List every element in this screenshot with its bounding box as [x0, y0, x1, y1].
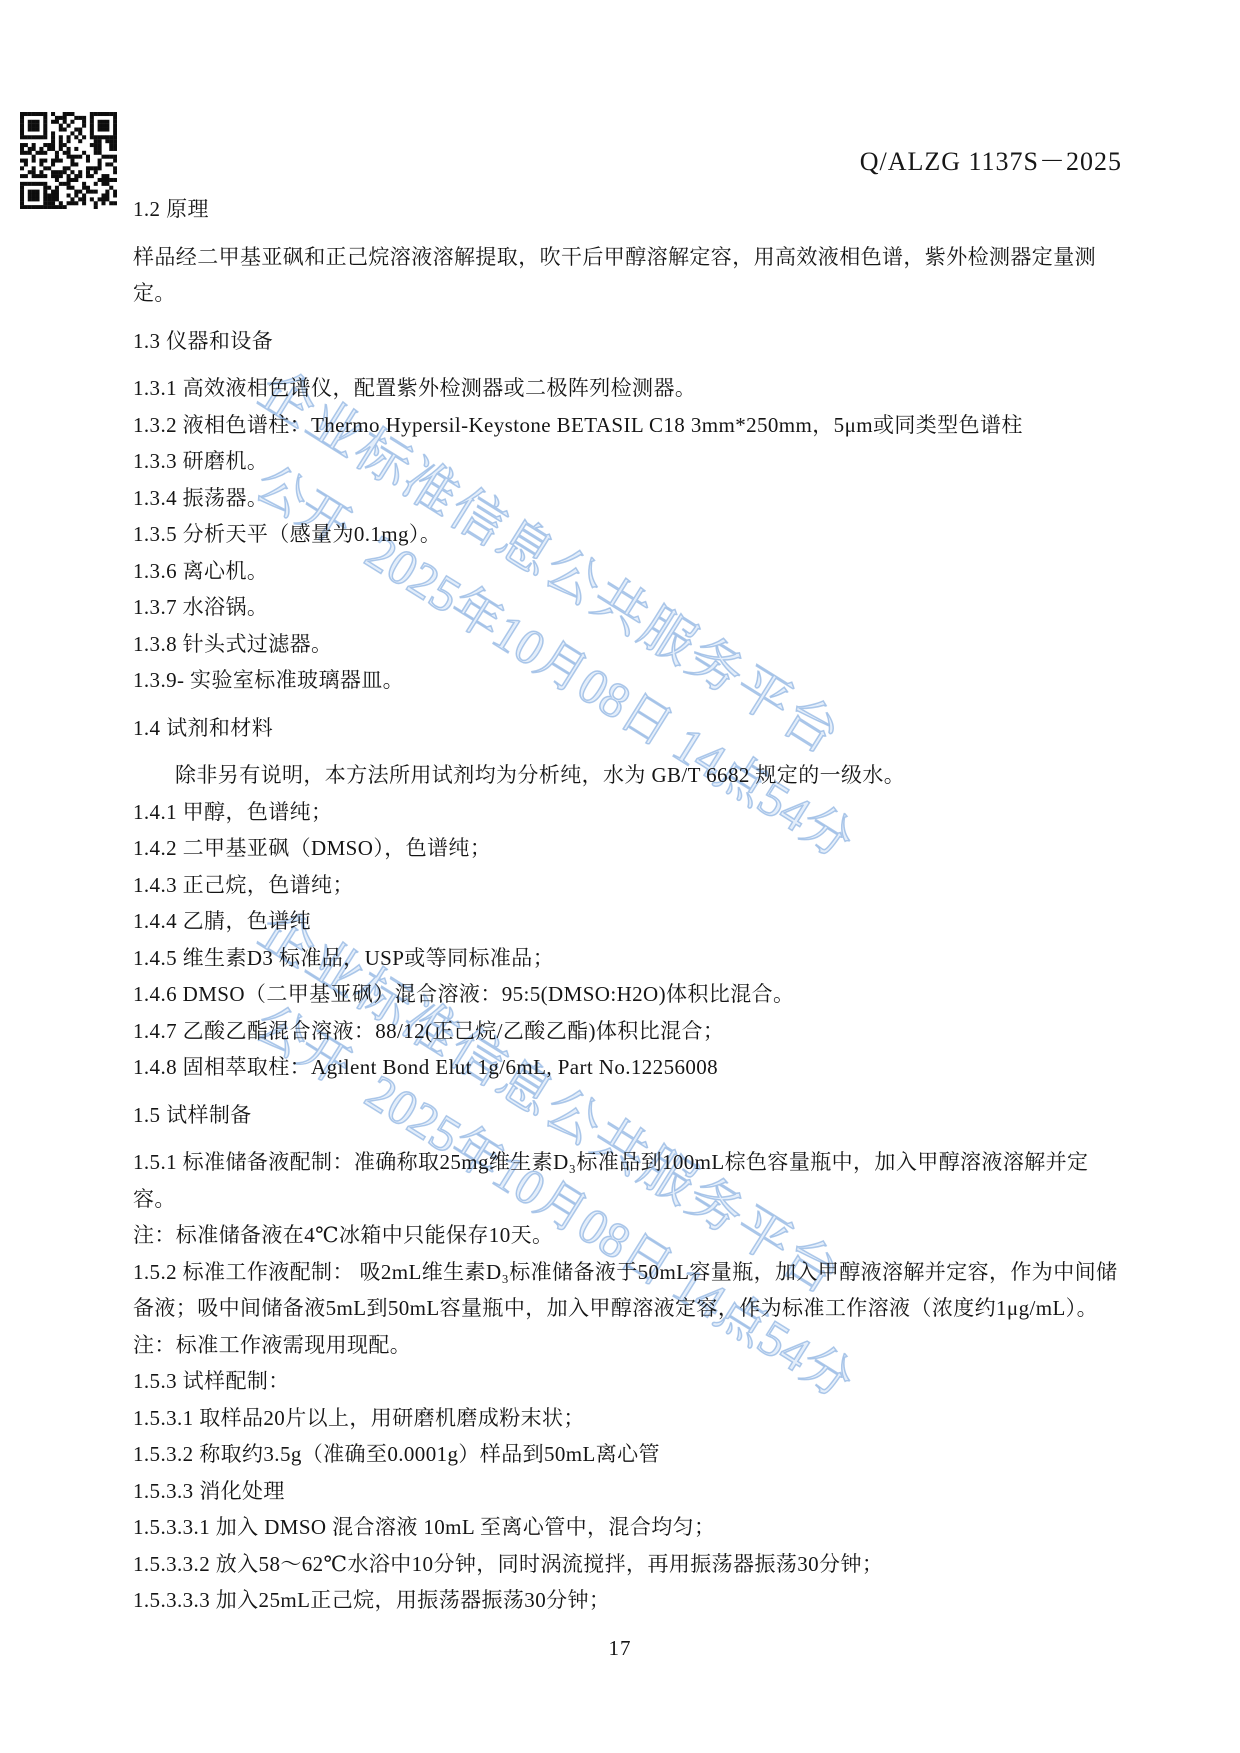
- doc-block-20: 1.4.7 乙酸乙酯混合溶液：88/12(正己烷/乙酸乙酯)体积比混合；: [133, 1013, 1125, 1050]
- document-body: 1.2 原理样品经二甲基亚砜和正己烷溶液溶解提取，吹干后甲醇溶解定容，用高效液相…: [133, 180, 1125, 1619]
- doc-block-15: 1.4.2 二甲基亚砜（DMSO），色谱纯；: [133, 830, 1125, 867]
- doc-block-2: 1.3 仪器和设备: [133, 323, 1125, 360]
- doc-block-30: 1.5.3.3 消化处理: [133, 1473, 1125, 1510]
- doc-block-4: 1.3.2 液相色谱柱：Thermo Hypersil-Keystone BET…: [133, 407, 1125, 444]
- doc-block-29: 1.5.3.2 称取约3.5g（准确至0.0001g）样品到50mL离心管: [133, 1436, 1125, 1473]
- doc-block-27: 1.5.3 试样配制：: [133, 1363, 1125, 1400]
- doc-block-13: 除非另有说明，本方法所用试剂均为分析纯，水为 GB/T 6682 规定的一级水。: [133, 757, 1125, 794]
- doc-number: Q/ALZG 1137S－2025: [860, 141, 1122, 178]
- doc-block-10: 1.3.8 针头式过滤器。: [133, 626, 1125, 663]
- doc-block-26: 注：标准工作液需现用现配。: [133, 1327, 1125, 1364]
- doc-block-33: 1.5.3.3.3 加入25mL正己烷，用振荡器振荡30分钟；: [133, 1582, 1125, 1619]
- doc-block-17: 1.4.4 乙腈，色谱纯: [133, 903, 1125, 940]
- doc-block-23: 1.5.1 标准储备液配制：准确称取25mg维生素D₃标准品到100mL棕色容量…: [133, 1144, 1125, 1217]
- doc-block-8: 1.3.6 离心机。: [133, 553, 1125, 590]
- doc-block-9: 1.3.7 水浴锅。: [133, 589, 1125, 626]
- doc-block-18: 1.4.5 维生素D3 标准品，USP或等同标准品；: [133, 940, 1125, 977]
- doc-block-28: 1.5.3.1 取样品20片以上，用研磨机磨成粉末状；: [133, 1400, 1125, 1437]
- doc-block-5: 1.3.3 研磨机。: [133, 443, 1125, 480]
- doc-block-21: 1.4.8 固相萃取柱：Agilent Bond Elut 1g/6mL, Pa…: [133, 1049, 1125, 1086]
- doc-block-0: 1.2 原理: [133, 191, 1125, 228]
- doc-block-16: 1.4.3 正己烷，色谱纯；: [133, 867, 1125, 904]
- doc-block-24: 注：标准储备液在4℃冰箱中只能保存10天。: [133, 1217, 1125, 1254]
- doc-block-25: 1.5.2 标准工作液配制： 吸2mL维生素D₃标准储备液于50mL容量瓶，加入…: [133, 1254, 1125, 1327]
- doc-block-12: 1.4 试剂和材料: [133, 710, 1125, 747]
- doc-block-1: 样品经二甲基亚砜和正己烷溶液溶解提取，吹干后甲醇溶解定容，用高效液相色谱，紫外检…: [133, 239, 1125, 312]
- doc-block-19: 1.4.6 DMSO（二甲基亚砜）混合溶液：95:5(DMSO:H2O)体积比混…: [133, 976, 1125, 1013]
- page-number: 17: [0, 1636, 1240, 1661]
- doc-block-3: 1.3.1 高效液相色谱仪，配置紫外检测器或二极阵列检测器。: [133, 370, 1125, 407]
- doc-block-7: 1.3.5 分析天平（感量为0.1mg）。: [133, 516, 1125, 553]
- doc-block-22: 1.5 试样制备: [133, 1097, 1125, 1134]
- document-page: Q/ALZG 1137S－2025 企业标准信息公共服务平台 公开2025年10…: [0, 0, 1240, 1753]
- doc-block-32: 1.5.3.3.2 放入58～62℃水浴中10分钟，同时涡流搅拌，再用振荡器振荡…: [133, 1546, 1125, 1583]
- doc-block-6: 1.3.4 振荡器。: [133, 480, 1125, 517]
- qr-code: [20, 112, 117, 209]
- doc-block-31: 1.5.3.3.1 加入 DMSO 混合溶液 10mL 至离心管中，混合均匀；: [133, 1509, 1125, 1546]
- doc-block-11: 1.3.9- 实验室标准玻璃器皿。: [133, 662, 1125, 699]
- doc-block-14: 1.4.1 甲醇，色谱纯；: [133, 794, 1125, 831]
